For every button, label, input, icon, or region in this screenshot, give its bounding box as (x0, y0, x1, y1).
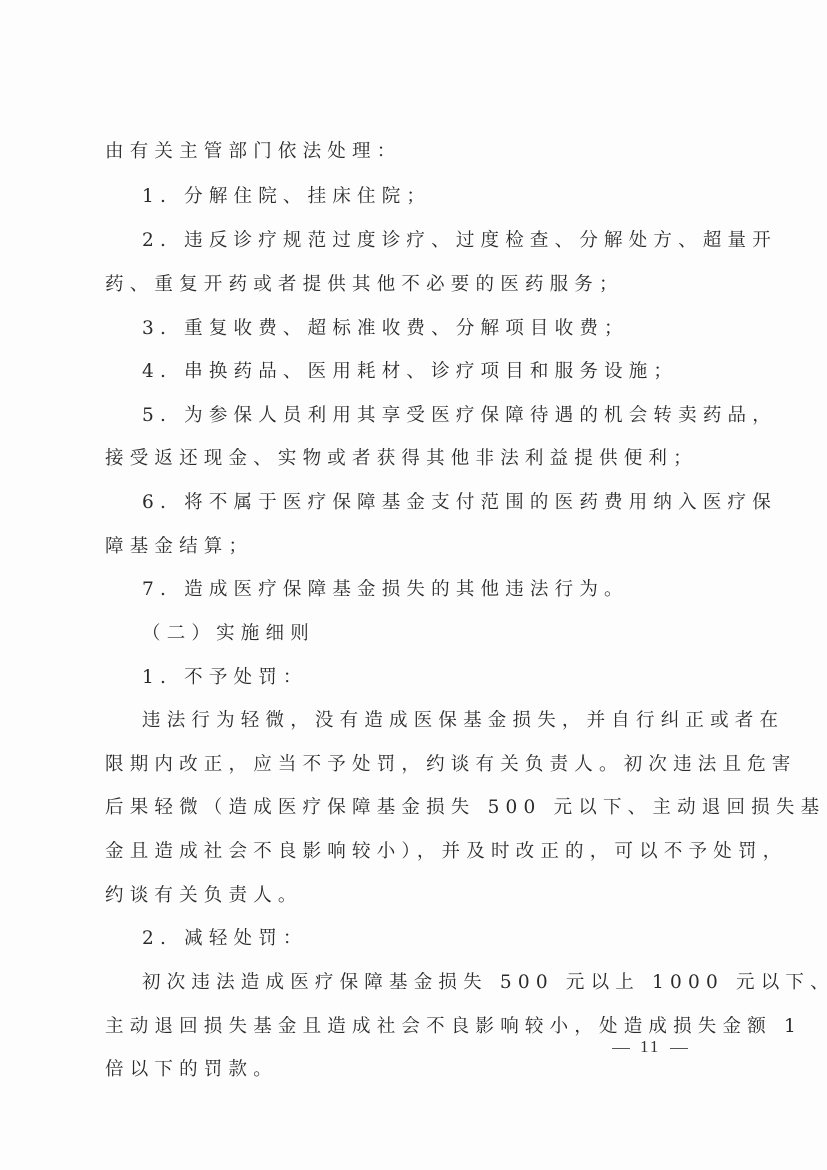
page-number-value: 11 (640, 1037, 660, 1056)
list-item-5-continued: 接受返还现金、实物或者获得其他非法利益提供便利； (105, 447, 725, 471)
dash-right (670, 1048, 688, 1049)
paragraph-line: 限期内改正，应当不予处罚，约谈有关负责人。初次违法且危害 (105, 753, 725, 777)
list-item-4: 4. 串换药品、医用耗材、诊疗项目和服务设施； (142, 360, 762, 384)
list-item-1: 1. 分解住院、挂床住院； (142, 185, 762, 209)
paragraph-line: 后果轻微（造成医疗保障基金损失 500 元以下、主动退回损失基 (105, 796, 725, 820)
list-item-3: 3. 重复收费、超标准收费、分解项目收费； (142, 317, 762, 341)
page-number: 11 (602, 1037, 698, 1057)
paragraph-line: 由有关主管部门依法处理： (105, 140, 725, 164)
list-item-6-continued: 障基金结算； (105, 535, 725, 559)
list-item-6: 6. 将不属于医疗保障基金支付范围的医药费用纳入医疗保 (142, 491, 762, 515)
list-item-2-continued: 药、重复开药或者提供其他不必要的医药服务； (105, 273, 725, 297)
subsection-heading-2: 2. 减轻处罚： (142, 927, 762, 951)
subsection-heading-1: 1. 不予处罚： (142, 666, 762, 690)
section-heading: （二）实施细则 (142, 622, 762, 646)
document-page: 由有关主管部门依法处理： 1. 分解住院、挂床住院； 2. 违反诊疗规范过度诊疗… (0, 0, 827, 1170)
list-item-5: 5. 为参保人员利用其享受医疗保障待遇的机会转卖药品， (142, 404, 762, 428)
list-item-2: 2. 违反诊疗规范过度诊疗、过度检查、分解处方、超量开 (142, 229, 762, 253)
paragraph-line: 违法行为轻微，没有造成医保基金损失，并自行纠正或者在 (142, 709, 762, 733)
dash-left (612, 1048, 630, 1049)
paragraph-line: 约谈有关负责人。 (105, 884, 725, 908)
paragraph-line: 主动退回损失基金且造成社会不良影响较小，处造成损失金额 1 (105, 1015, 725, 1039)
paragraph-line: 金且造成社会不良影响较小），并及时改正的，可以不予处罚， (105, 840, 725, 864)
list-item-7: 7. 造成医疗保障基金损失的其他违法行为。 (142, 578, 762, 602)
paragraph-line: 倍以下的罚款。 (105, 1058, 725, 1082)
paragraph-line: 初次违法造成医疗保障基金损失 500 元以上 1000 元以下、 (142, 971, 762, 995)
